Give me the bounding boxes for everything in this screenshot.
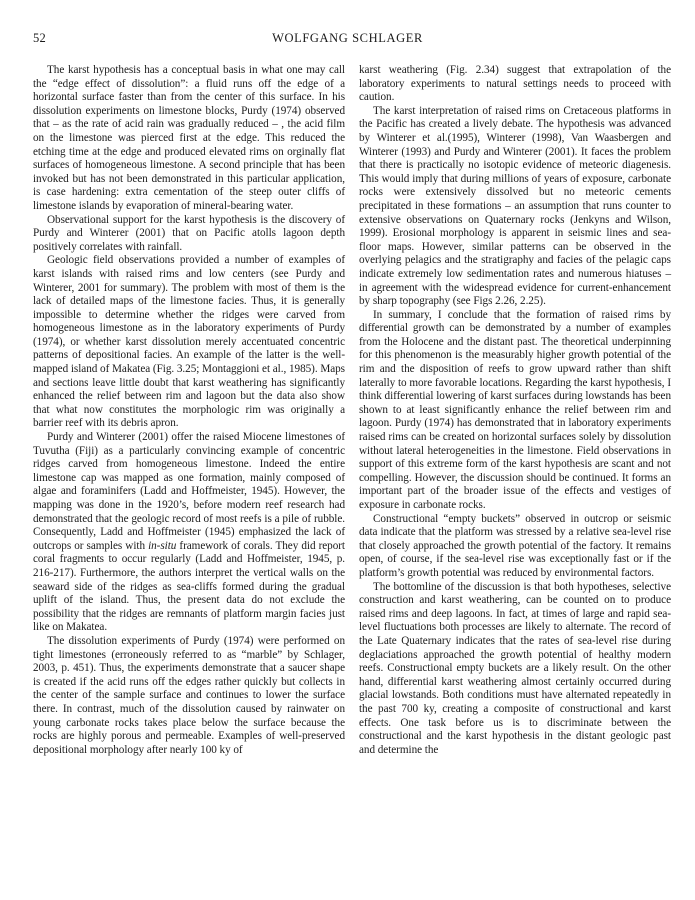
- paragraph-text: framework of corals. They did report cor…: [33, 540, 345, 634]
- text-columns: The karst hypothesis has a conceptual ba…: [33, 64, 671, 757]
- body-paragraph: The karst interpretation of raised rims …: [359, 105, 671, 309]
- body-paragraph: The dissolution experiments of Purdy (19…: [33, 635, 345, 757]
- body-paragraph: Observational support for the karst hypo…: [33, 214, 345, 255]
- body-paragraph: Geologic field observations provided a n…: [33, 254, 345, 431]
- italic-term: in-situ: [148, 540, 176, 552]
- page-header: 52 WOLFGANG SCHLAGER: [33, 31, 662, 47]
- body-paragraph: Purdy and Winterer (2001) offer the rais…: [33, 431, 345, 635]
- left-column: The karst hypothesis has a conceptual ba…: [33, 64, 345, 757]
- body-paragraph: In summary, I conclude that the formatio…: [359, 309, 671, 513]
- body-paragraph: The karst hypothesis has a conceptual ba…: [33, 64, 345, 214]
- right-column: karst weathering (Fig. 2.34) suggest tha…: [359, 64, 671, 757]
- body-paragraph-continuation: karst weathering (Fig. 2.34) suggest tha…: [359, 64, 671, 105]
- running-head: WOLFGANG SCHLAGER: [33, 31, 662, 46]
- paragraph-text: Purdy and Winterer (2001) offer the rais…: [33, 431, 345, 552]
- body-paragraph: The bottomline of the discussion is that…: [359, 581, 671, 758]
- book-page: 52 WOLFGANG SCHLAGER The karst hypothesi…: [0, 0, 695, 900]
- body-paragraph: Constructional “empty buckets” observed …: [359, 513, 671, 581]
